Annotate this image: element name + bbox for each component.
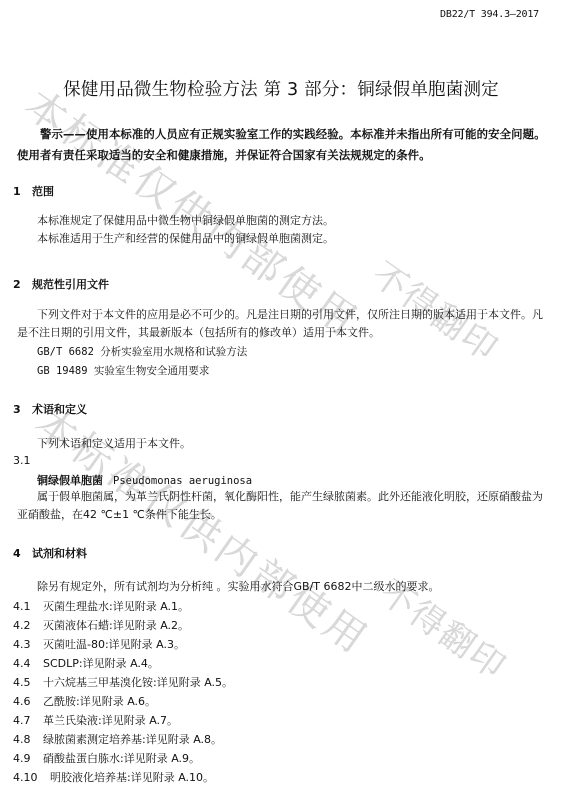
term-name-zh: 铜绿假单胞菌 [37,474,103,487]
reagent-item: 4.5十六烷基三甲基溴化铵:详见附录 A.5。 [13,674,233,690]
item-text: 灭菌吐温-80:详见附录 A.3。 [43,638,185,651]
item-number: 4.9 [13,752,43,765]
section-number: 3 [13,403,32,416]
item-text: 乙酰胺:详见附录 A.6。 [43,695,156,708]
item-number: 4.5 [13,676,43,689]
reagent-item: 4.4SCDLP:详见附录 A.4。 [13,655,159,671]
standard-code: DB22/T 394.3—2017 [440,9,539,20]
item-number: 4.10 [13,771,50,784]
section-number: 2 [13,278,32,291]
item-number: 4.8 [13,733,43,746]
scope-paragraph-2: 本标准适用于生产和经营的保健用品中的铜绿假单胞菌测定。 [37,230,334,248]
reagents-intro: 除另有规定外，所有试剂均为分析纯 。实验用水符合GB/T 6682中二级水的要求… [37,578,439,596]
reagent-item: 4.10明胶液化培养基:详见附录 A.10。 [13,769,214,785]
reagent-item: 4.7革兰氏染液:详见附录 A.7。 [13,712,178,728]
reference-item: GB 19489 实验室生物安全通用要求 [37,362,209,380]
term-definition: 属于假单胞菌属，为革兰氏阴性杆菌，氧化酶阳性，能产生绿脓菌素。此外还能液化明胶，… [17,488,547,524]
section-number: 1 [13,185,32,198]
document-title: 保健用品微生物检验方法 第 3 部分：铜绿假单胞菌测定 [0,76,562,101]
reagent-item: 4.8绿脓菌素测定培养基:详见附录 A.8。 [13,731,222,747]
references-intro: 下列文件对于本文件的应用是必不可少的。凡是注日期的引用文件，仅所注日期的版本适用… [17,306,547,342]
reference-item: GB/T 6682 分析实验室用水规格和试验方法 [37,343,247,361]
reagent-item: 4.3灭菌吐温-80:详见附录 A.3。 [13,636,185,652]
warning-paragraph: 警示——使用本标准的人员应有正规实验室工作的实践经验。本标准并未指出所有可能的安… [17,124,547,166]
term-name-latin: Pseudomonas aeruginosa [113,475,252,487]
section-heading-scope: 1范围 [13,183,54,199]
section-title: 规范性引用文件 [32,278,109,291]
item-text: 硝酸盐蛋白胨水:详见附录 A.9。 [43,752,200,765]
reagent-item: 4.9硝酸盐蛋白胨水:详见附录 A.9。 [13,750,200,766]
document-page: 本标准仅供内部使用 不得翻印 本标准仅供内部使用 不得翻印 DB22/T 394… [0,0,562,793]
item-text: 绿脓菌素测定培养基:详见附录 A.8。 [43,733,222,746]
scope-paragraph-1: 本标准规定了保健用品中微生物中铜绿假单胞菌的测定方法。 [37,212,334,230]
section-title: 范围 [32,185,54,198]
item-number: 4.7 [13,714,43,727]
reagent-item: 4.1灭菌生理盐水:详见附录 A.1。 [13,598,189,614]
item-text: SCDLP:详见附录 A.4。 [43,657,159,670]
section-title: 试剂和材料 [32,547,87,560]
item-number: 4.4 [13,657,43,670]
section-heading-normative-references: 2规范性引用文件 [13,276,109,292]
item-text: 明胶液化培养基:详见附录 A.10。 [50,771,214,784]
section-title: 术语和定义 [32,403,87,416]
term-number: 3.1 [13,454,31,467]
item-number: 4.1 [13,600,43,613]
item-number: 4.2 [13,619,43,632]
reagent-item: 4.6乙酰胺:详见附录 A.6。 [13,693,156,709]
item-text: 灭菌液体石蜡:详见附录 A.2。 [43,619,189,632]
item-text: 革兰氏染液:详见附录 A.7。 [43,714,178,727]
terms-intro: 下列术语和定义适用于本文件。 [37,435,191,453]
section-heading-terms-definitions: 3术语和定义 [13,401,87,417]
item-text: 十六烷基三甲基溴化铵:详见附录 A.5。 [43,676,233,689]
reagent-item: 4.2灭菌液体石蜡:详见附录 A.2。 [13,617,189,633]
section-heading-reagents-materials: 4试剂和材料 [13,545,87,561]
item-number: 4.6 [13,695,43,708]
item-text: 灭菌生理盐水:详见附录 A.1。 [43,600,189,613]
item-number: 4.3 [13,638,43,651]
term-name: 铜绿假单胞菌Pseudomonas aeruginosa [37,472,252,488]
section-number: 4 [13,547,32,560]
